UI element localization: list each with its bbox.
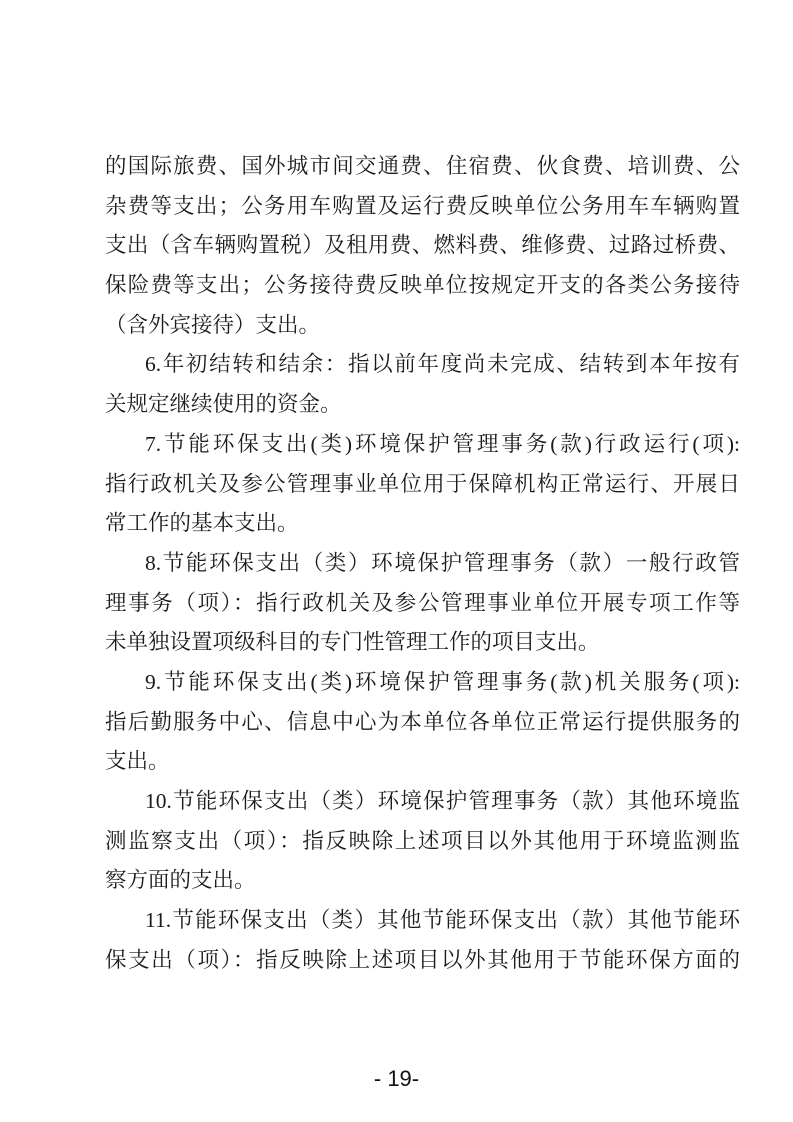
text-line: 关规定继续使用的资金。 xyxy=(105,385,740,425)
text-line: 察方面的支出。 xyxy=(105,861,740,901)
document-body: 的国际旅费、国外城市间交通费、住宿费、伙食费、培训费、公杂费等支出；公务用车购置… xyxy=(105,147,740,980)
paragraph: 10.节能环保支出（类）环境保护管理事务（款）其他环境监测监察支出（项）：指反映… xyxy=(105,782,740,901)
text-line: 指后勤服务中心、信息中心为本单位各单位正常运行提供服务的 xyxy=(105,703,740,743)
text-line: 7.节能环保支出(类)环境保护管理事务(款)行政运行(项): xyxy=(105,425,740,465)
text-line: 保支出（项）：指反映除上述项目以外其他用于节能环保方面的 xyxy=(105,941,740,981)
text-line: （含外宾接待）支出。 xyxy=(105,306,740,346)
text-line: 理事务（项）：指行政机关及参公管理事业单位开展专项工作等 xyxy=(105,584,740,624)
text-line: 未单独设置项级科目的专门性管理工作的项目支出。 xyxy=(105,623,740,663)
paragraph: 7.节能环保支出(类)环境保护管理事务(款)行政运行(项):指行政机关及参公管理… xyxy=(105,425,740,544)
text-line: 8.节能环保支出（类）环境保护管理事务（款）一般行政管 xyxy=(105,544,740,584)
text-line: 常工作的基本支出。 xyxy=(105,504,740,544)
document-page: 的国际旅费、国外城市间交通费、住宿费、伙食费、培训费、公杂费等支出；公务用车购置… xyxy=(0,0,793,1122)
text-line: 10.节能环保支出（类）环境保护管理事务（款）其他环境监 xyxy=(105,782,740,822)
text-line: 11.节能环保支出（类）其他节能环保支出（款）其他节能环 xyxy=(105,901,740,941)
text-line: 6.年初结转和结余：指以前年度尚未完成、结转到本年按有 xyxy=(105,345,740,385)
text-line: 杂费等支出；公务用车购置及运行费反映单位公务用车车辆购置 xyxy=(105,187,740,227)
page-number: - 19- xyxy=(0,1066,793,1092)
paragraph: 8.节能环保支出（类）环境保护管理事务（款）一般行政管理事务（项）：指行政机关及… xyxy=(105,544,740,663)
paragraph: 9.节能环保支出(类)环境保护管理事务(款)机关服务(项):指后勤服务中心、信息… xyxy=(105,663,740,782)
paragraph: 的国际旅费、国外城市间交通费、住宿费、伙食费、培训费、公杂费等支出；公务用车购置… xyxy=(105,147,740,345)
text-line: 的国际旅费、国外城市间交通费、住宿费、伙食费、培训费、公 xyxy=(105,147,740,187)
paragraph: 11.节能环保支出（类）其他节能环保支出（款）其他节能环保支出（项）：指反映除上… xyxy=(105,901,740,980)
text-line: 指行政机关及参公管理事业单位用于保障机构正常运行、开展日 xyxy=(105,465,740,505)
text-line: 支出（含车辆购置税）及租用费、燃料费、维修费、过路过桥费、 xyxy=(105,226,740,266)
text-line: 9.节能环保支出(类)环境保护管理事务(款)机关服务(项): xyxy=(105,663,740,703)
text-line: 支出。 xyxy=(105,742,740,782)
text-line: 保险费等支出；公务接待费反映单位按规定开支的各类公务接待 xyxy=(105,266,740,306)
text-line: 测监察支出（项）：指反映除上述项目以外其他用于环境监测监 xyxy=(105,822,740,862)
paragraph: 6.年初结转和结余：指以前年度尚未完成、结转到本年按有关规定继续使用的资金。 xyxy=(105,345,740,424)
